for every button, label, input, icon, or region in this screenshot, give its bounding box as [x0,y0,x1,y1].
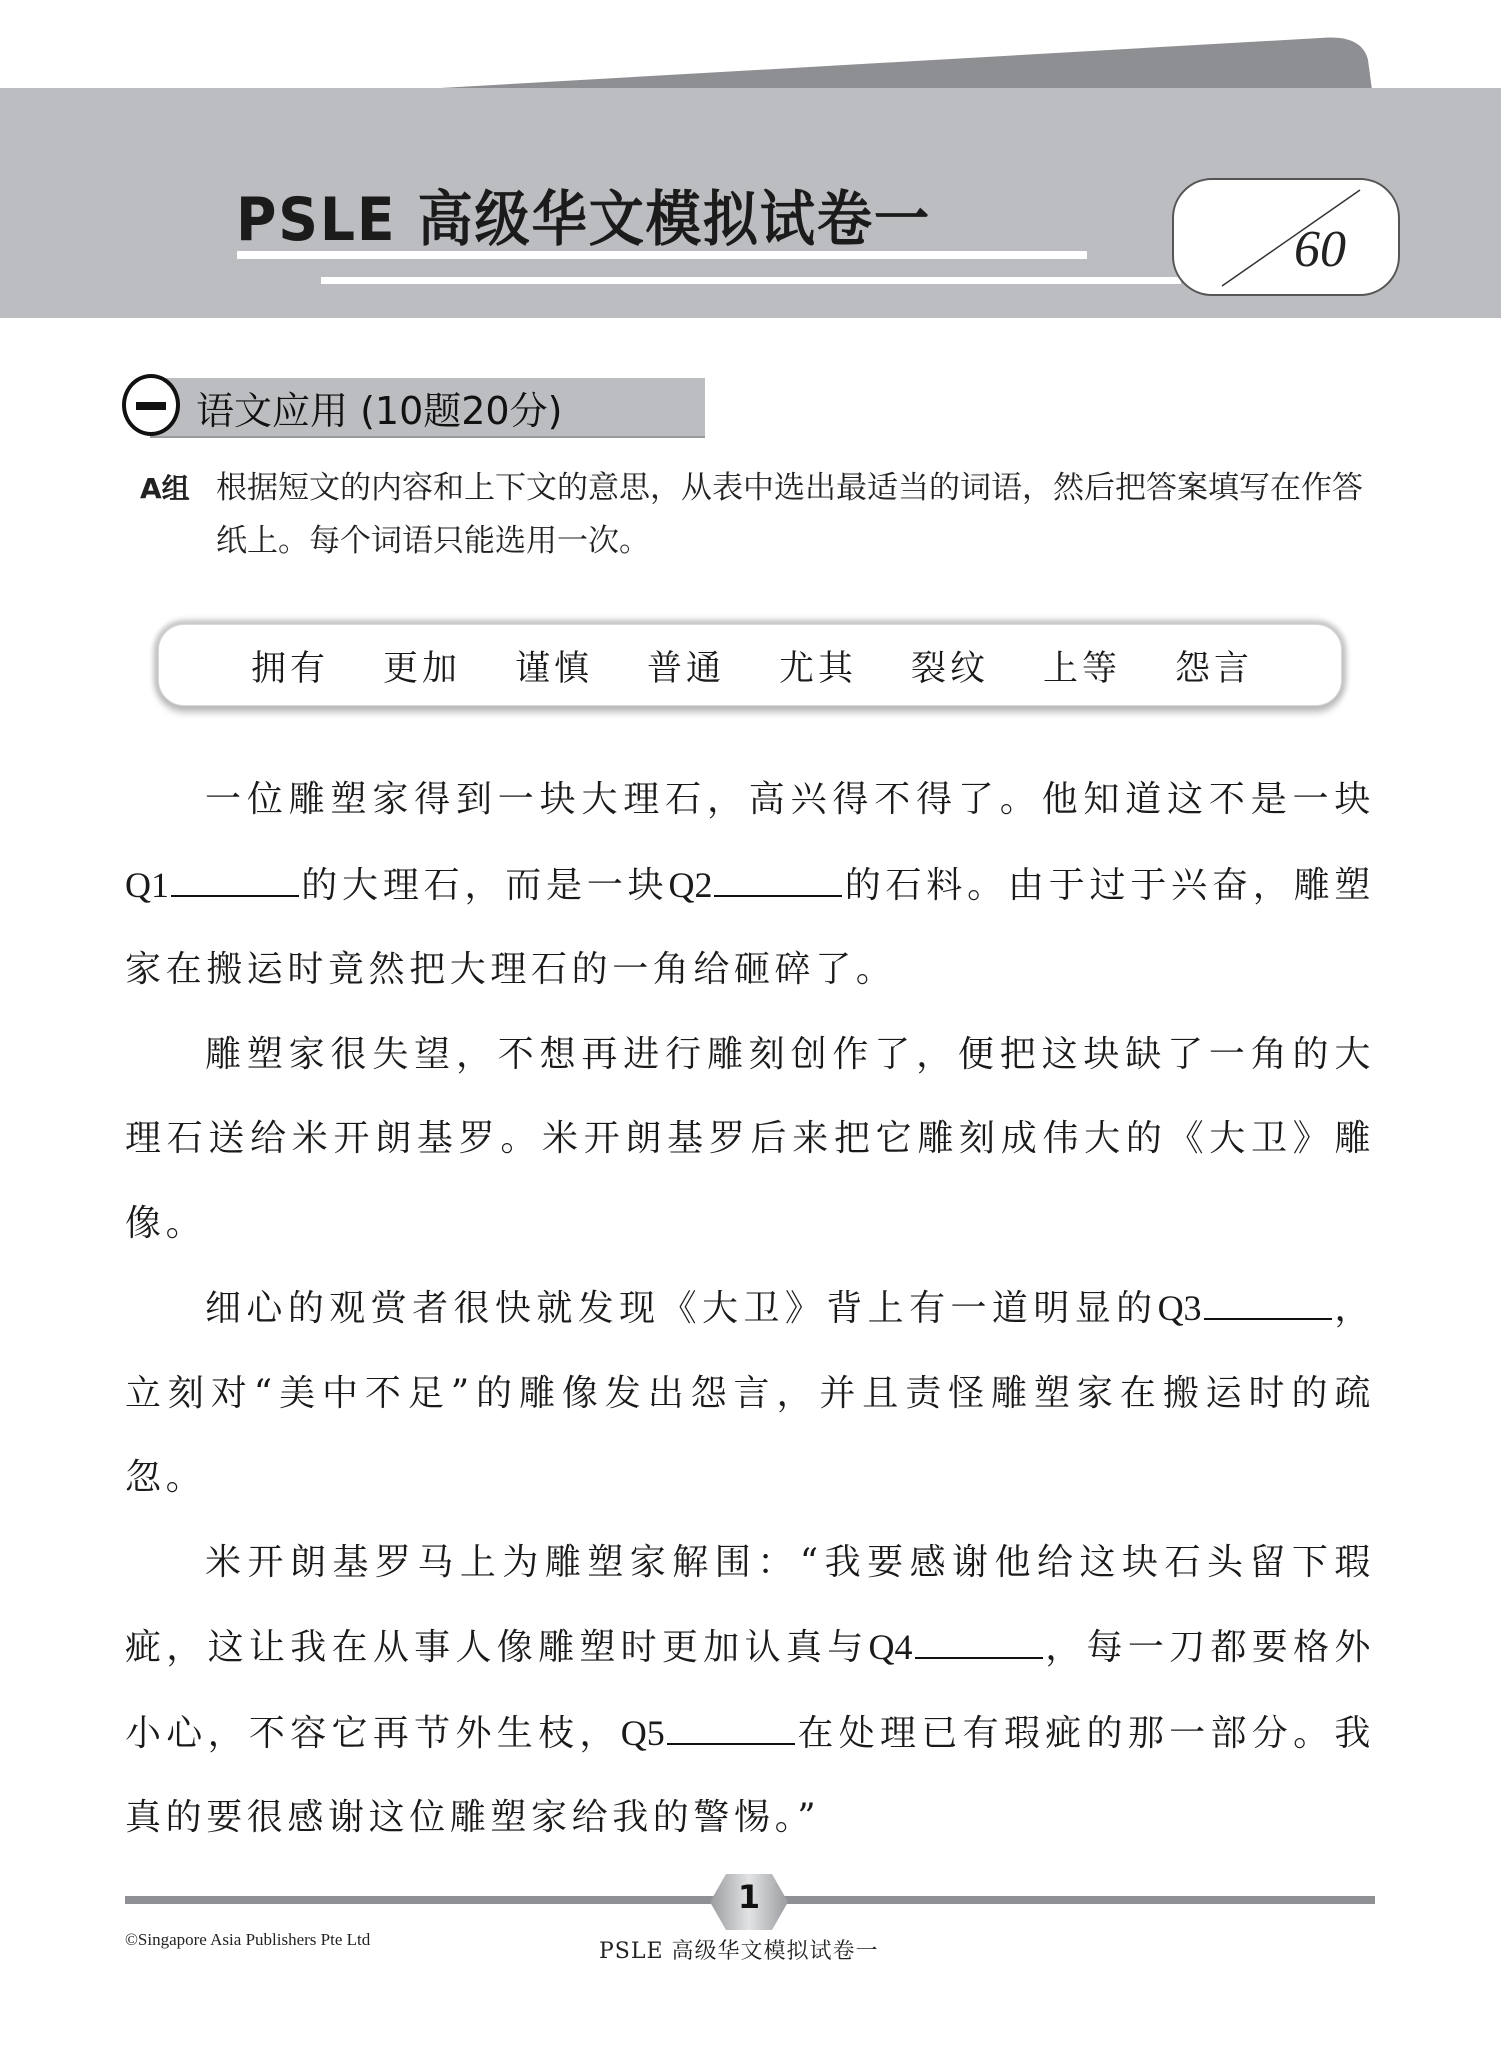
word-option: 上等 [1043,641,1175,691]
header-rule [237,251,1087,259]
word-option: 谨慎 [515,641,647,691]
text: 的大理石，而是一块 [301,865,668,906]
blank-q5 [667,1713,795,1745]
question-label-q3: Q3 [1158,1288,1202,1328]
word-option: 拥有 [251,641,383,691]
question-label-q5: Q5 [621,1713,665,1753]
paragraph-4: 米开朗基罗马上为雕塑家解围：“我要感谢他给这块石头留下瑕疵，这让我在从事人像雕塑… [125,1521,1375,1861]
instruction: A组 根据短文的内容和上下文的意思，从表中选出最适当的词语，然后把答案填写在作答… [140,462,1380,568]
passage: 一位雕塑家得到一块大理石，高兴得不得了。他知道这不是一块Q1的大理石，而是一块Q… [125,758,1375,1861]
header-rule [321,277,1181,284]
word-option: 普通 [647,641,779,691]
text: 雕塑家很失望，不想再进行雕刻创作了，便把这块缺了一角的大理石送给米开朗基罗。米开… [125,1034,1375,1244]
page-badge: 1 [708,1872,790,1932]
word-option: 裂纹 [911,641,1043,691]
paragraph-2: 雕塑家很失望，不想再进行雕刻创作了，便把这块缺了一角的大理石送给米开朗基罗。米开… [125,1013,1375,1267]
slash-icon [1174,180,1402,298]
section-title: 语文应用 (10题20分) [196,380,562,435]
question-label-q2: Q2 [668,865,712,905]
instruction-text: 根据短文的内容和上下文的意思，从表中选出最适当的词语，然后把答案填写在作答纸上。… [216,462,1380,568]
section-number-icon [122,374,180,436]
footer-title: PSLE 高级华文模拟试卷一 [599,1934,879,1965]
score-total: 60 [1294,220,1346,279]
text: 一位雕塑家得到一块大理石，高兴得不得了。他知道这不是一块 [205,779,1375,820]
word-option: 怨言 [1175,641,1307,691]
blank-q3 [1204,1288,1332,1320]
header-tab-decoration [0,0,1501,90]
word-option: 尤其 [779,641,911,691]
score-box: 60 [1172,178,1400,296]
question-label-q4: Q4 [869,1627,913,1667]
paragraph-1: 一位雕塑家得到一块大理石，高兴得不得了。他知道这不是一块Q1的大理石，而是一块Q… [125,758,1375,1013]
word-option: 更加 [383,641,515,691]
blank-q1 [171,865,299,897]
text: 细心的观赏者很快就发现《大卫》背上有一道明显的 [205,1288,1158,1329]
page-title: PSLE 高级华文模拟试卷一 [236,172,931,258]
word-bank: 拥有 更加 谨慎 普通 尤其 裂纹 上等 怨言 [158,624,1342,706]
copyright: ©Singapore Asia Publishers Pte Ltd [125,1930,370,1950]
page-number: 1 [708,1878,790,1916]
blank-q4 [915,1627,1043,1659]
question-label-q1: Q1 [125,865,169,905]
paragraph-3: 细心的观赏者很快就发现《大卫》背上有一道明显的Q3，立刻对“美中不足”的雕像发出… [125,1266,1375,1521]
blank-q2 [714,865,842,897]
group-label: A组 [140,462,190,515]
